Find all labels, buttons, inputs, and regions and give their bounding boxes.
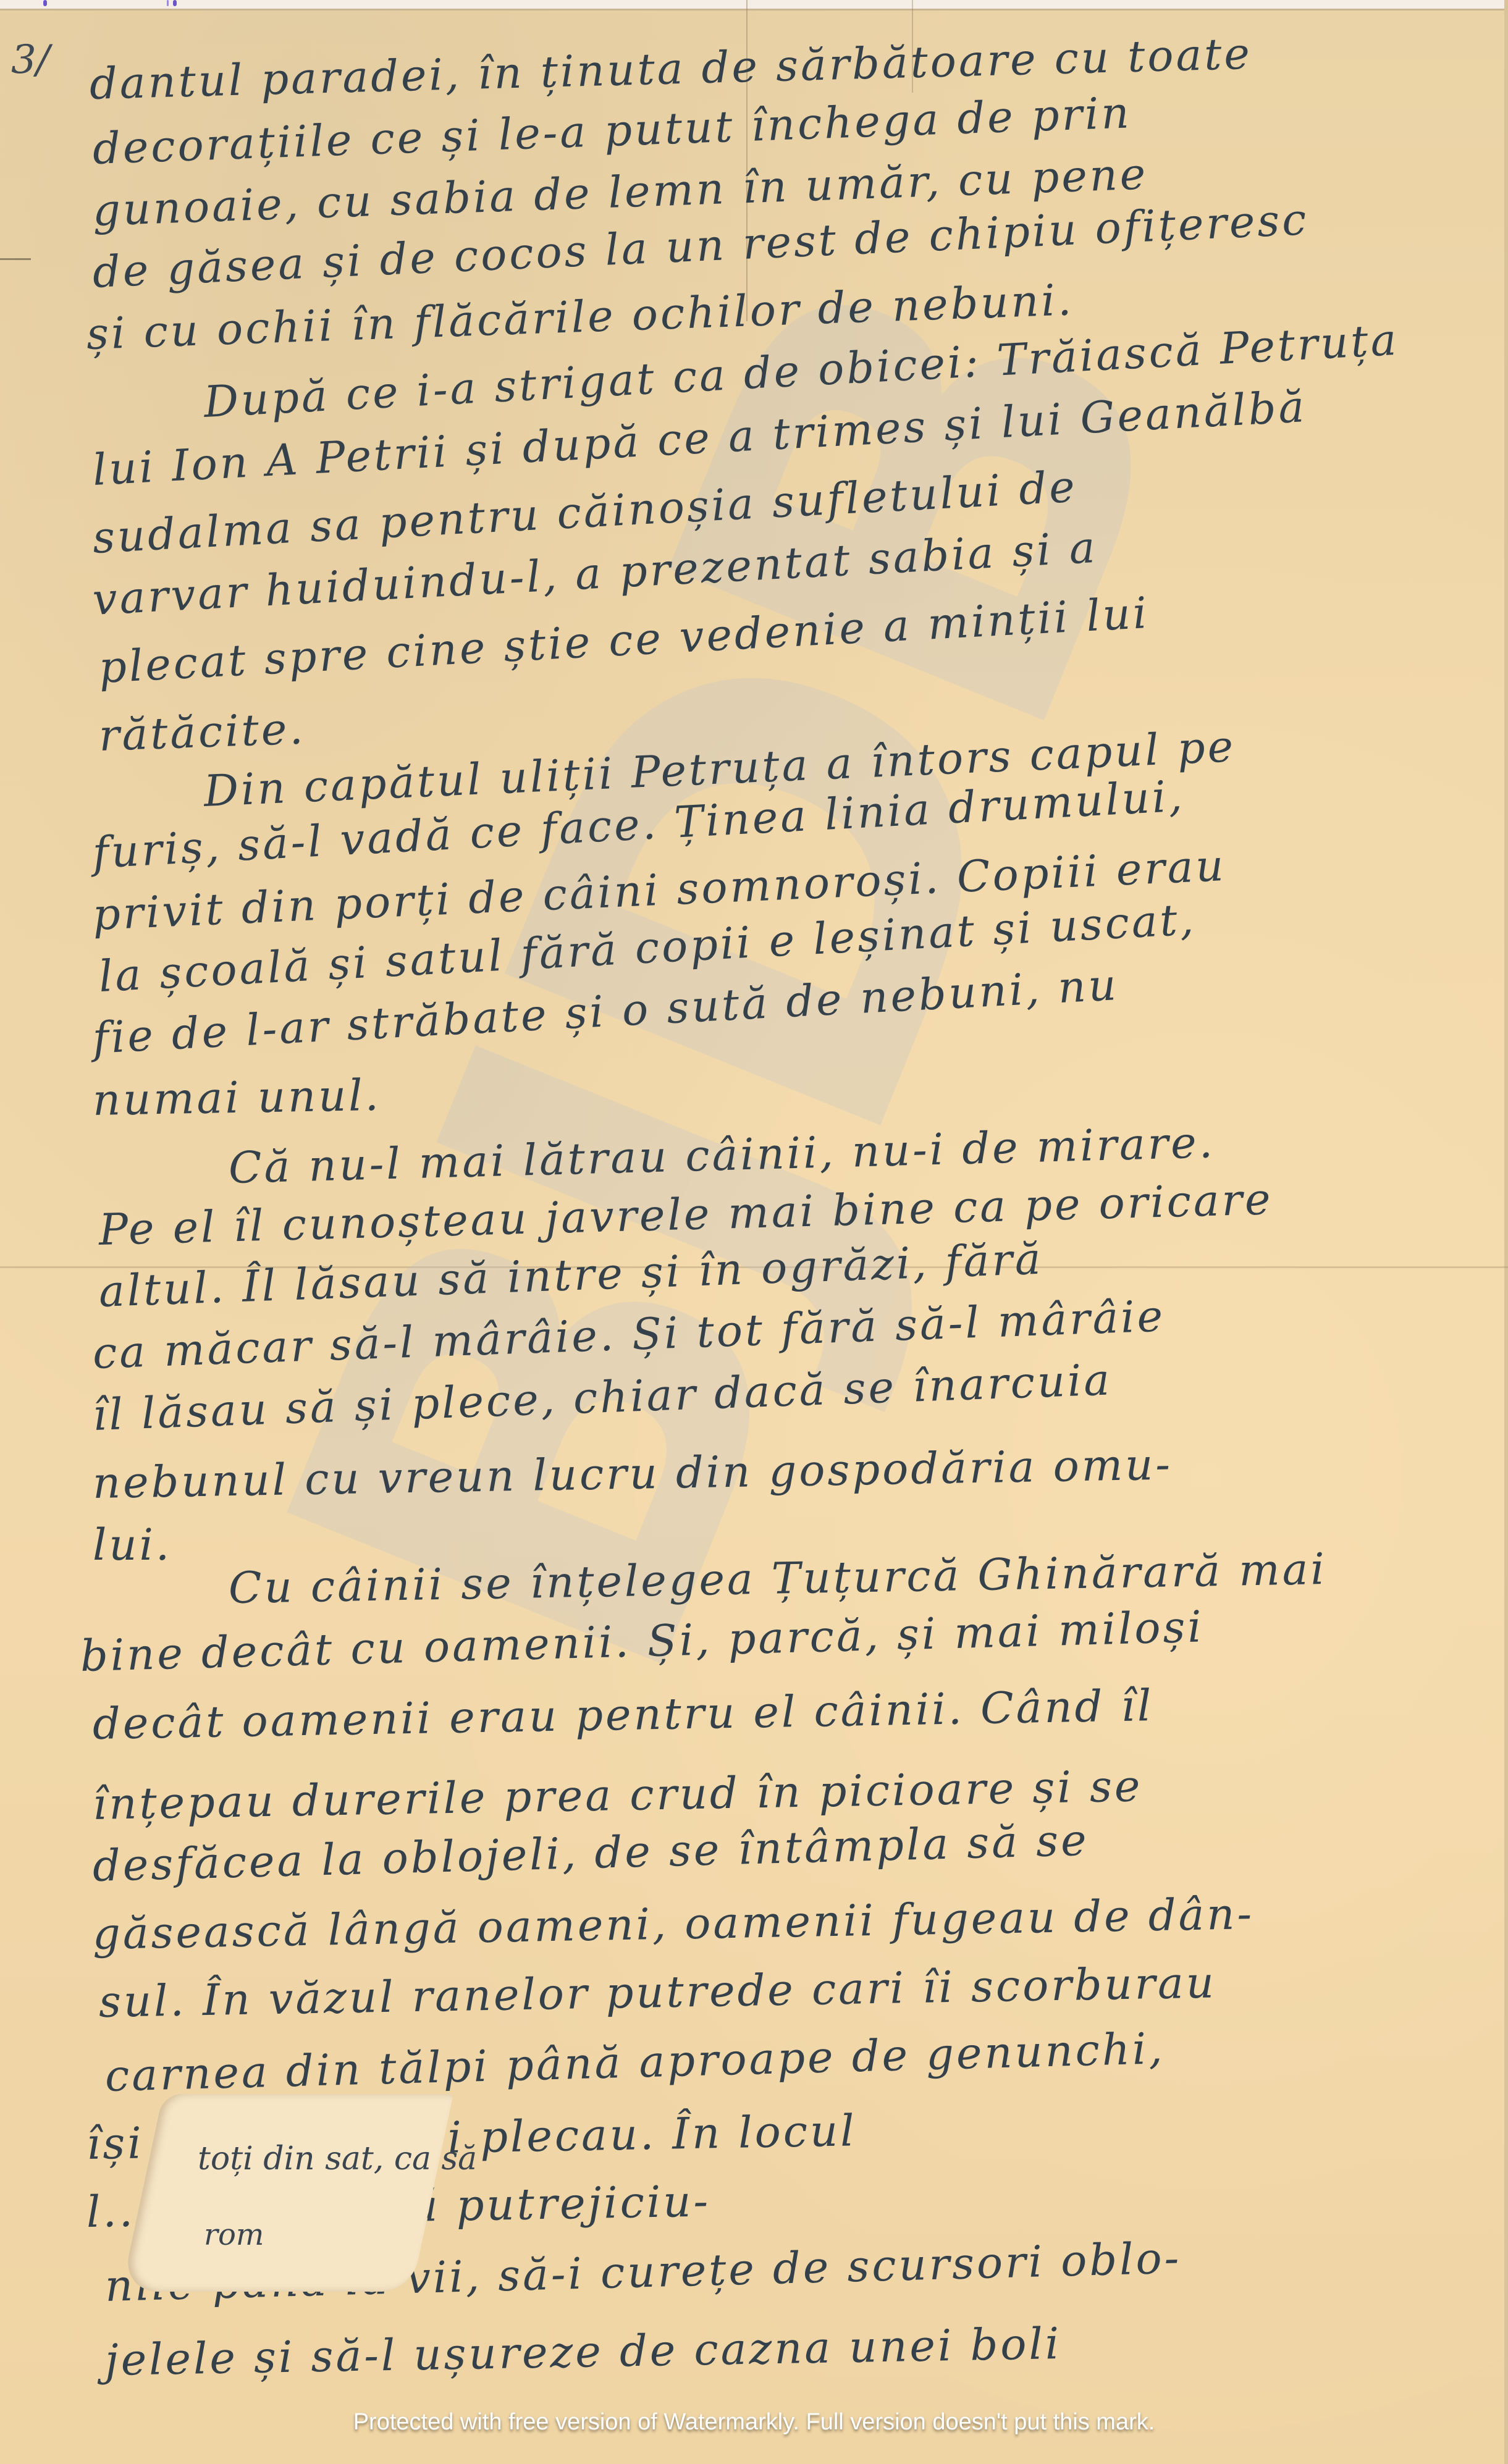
patch-text: toți din sat, ca să [198,2140,477,2177]
page-top-edge [0,0,1508,11]
page-right-edge [1504,0,1508,2464]
manuscript-line: lui. [93,1520,172,1570]
margin-mark [0,258,31,260]
manuscript-line: numai unul. [92,1070,381,1125]
watermarkly-notice: Protected with free version of Watermark… [0,2409,1508,2436]
manuscript-line: rătăcite. [98,703,306,761]
ink-mark [167,0,169,6]
ink-mark [173,0,177,6]
pasted-paper-patch [121,2094,453,2292]
page-number: 3/ [11,37,49,83]
ink-mark [43,0,47,6]
patch-text: rom [204,2218,264,2252]
